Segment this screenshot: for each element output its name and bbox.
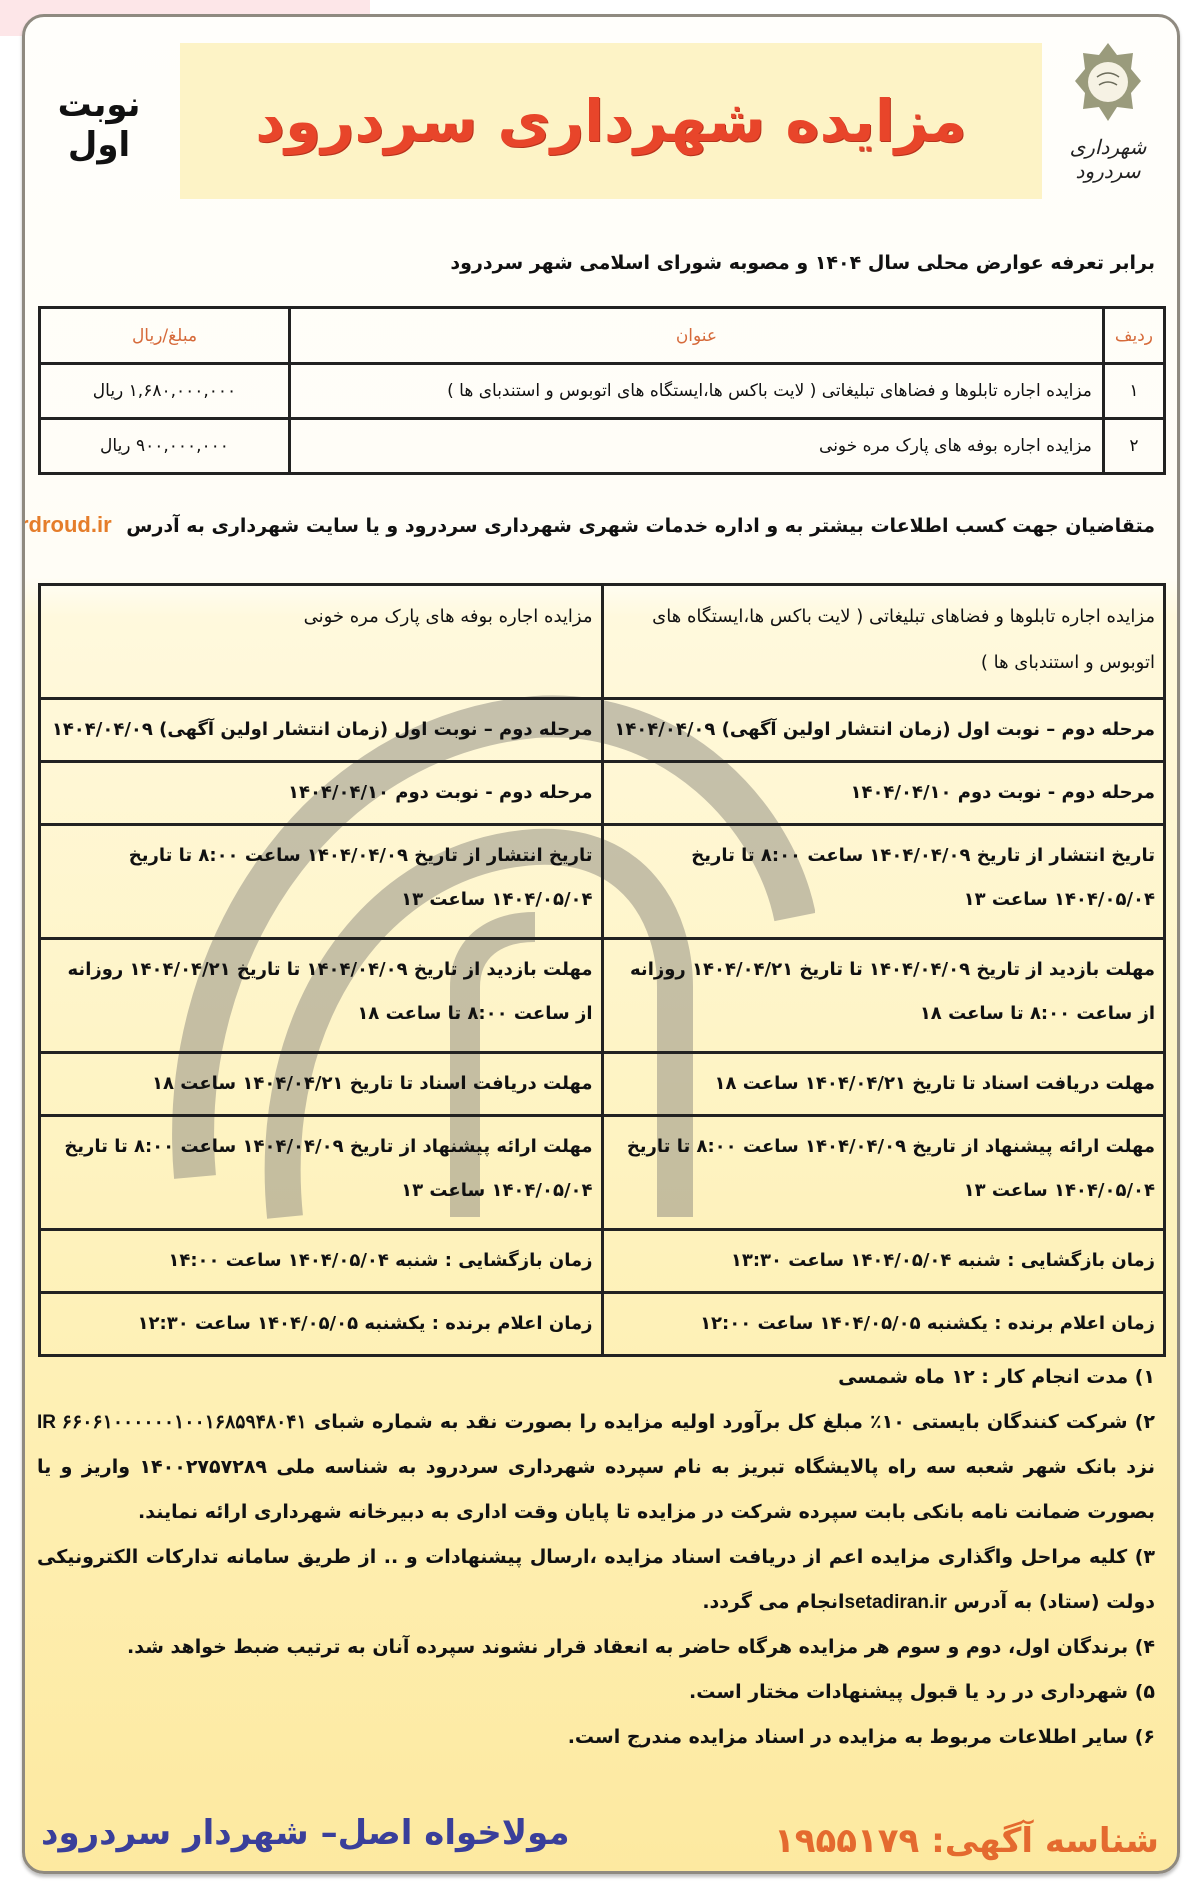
table-row: مهلت بازدید از تاریخ ۱۴۰۴/۰۴/۰۹ تا تاریخ… bbox=[40, 939, 1165, 1053]
detail-right-cell: مهلت ارائه پیشنهاد از تاریخ ۱۴۰۴/۰۴/۰۹ س… bbox=[602, 1116, 1165, 1230]
row-title: مزایده اجاره بوفه های پارک مره خونی bbox=[290, 419, 1104, 474]
note-3: ۳) کلیه مراحل واگذاری مزایده اعم از دریا… bbox=[37, 1535, 1155, 1625]
detail-right-cell: مهلت بازدید از تاریخ ۱۴۰۴/۰۴/۰۹ تا تاریخ… bbox=[602, 939, 1165, 1053]
round-label: نوبت اول bbox=[39, 85, 159, 165]
sheba-number: IR ۶۶۰۶۱۰۰۰۰۰۰۱۰۰۱۶۸۵۹۴۸۰۴۱ bbox=[37, 1412, 307, 1433]
logo-text: شهرداری سردرود bbox=[1049, 135, 1167, 183]
detail-right-cell: زمان اعلام برنده : یکشنبه ۱۴۰۴/۰۵/۰۵ ساع… bbox=[602, 1293, 1165, 1356]
summary-table: ردیف عنوان مبلغ/ریال ۱ مزایده اجاره تابل… bbox=[38, 306, 1166, 475]
row-amount: ۱,۶۸۰,۰۰۰,۰۰۰ ریال bbox=[40, 364, 290, 419]
table-row: زمان اعلام برنده : یکشنبه ۱۴۰۴/۰۵/۰۵ ساع… bbox=[40, 1293, 1165, 1356]
note-3-text-a: ۳) کلیه مراحل واگذاری مزایده اعم از دریا… bbox=[37, 1546, 1155, 1613]
detail-right-cell: مرحله دوم – نوبت اول (زمان انتشار اولین … bbox=[602, 699, 1165, 762]
detail-right-cell: زمان بازگشایی : شنبه ۱۴۰۴/۰۵/۰۴ ساعت ۱۳:… bbox=[602, 1230, 1165, 1293]
detail-left-cell: مرحله دوم – نوبت اول (زمان انتشار اولین … bbox=[40, 699, 603, 762]
signature: مولاخواه اصل– شهردار سردرود bbox=[41, 1813, 570, 1853]
note-2: ۲) شرکت کنندگان بایستی ۱۰٪ مبلغ کل برآور… bbox=[37, 1400, 1155, 1535]
table-row: ۱ مزایده اجاره تابلوها و فضاهای تبلیغاتی… bbox=[40, 364, 1165, 419]
detail-left-cell: مرحله دوم - نوبت دوم ۱۴۰۴/۰۴/۱۰ bbox=[40, 762, 603, 825]
notes-list: ۱) مدت انجام کار : ۱۲ ماه شمسی ۲) شرکت ک… bbox=[37, 1355, 1155, 1760]
row-index: ۱ bbox=[1103, 364, 1164, 419]
detail-left-cell: مهلت دریافت اسناد تا تاریخ ۱۴۰۴/۰۴/۲۱ سا… bbox=[40, 1053, 603, 1116]
table-row: مرحله دوم - نوبت دوم ۱۴۰۴/۰۴/۱۰ مرحله دو… bbox=[40, 762, 1165, 825]
row-title: مزایده اجاره تابلوها و فضاهای تبلیغاتی (… bbox=[290, 364, 1104, 419]
detail-right-cell: مهلت دریافت اسناد تا تاریخ ۱۴۰۴/۰۴/۲۱ سا… bbox=[602, 1053, 1165, 1116]
note-2-text-a: ۲) شرکت کنندگان بایستی ۱۰٪ مبلغ کل برآور… bbox=[314, 1411, 1155, 1433]
subtitle: برابر تعرفه عوارض محلی سال ۱۴۰۴ و مصوبه … bbox=[450, 252, 1155, 274]
notice-card: نوبت اول مزایده شهرداری سردرود شهرداری س… bbox=[22, 14, 1180, 1874]
note-5: ۵) شهرداری در رد یا قبول پیشنهادات مختار… bbox=[37, 1670, 1155, 1715]
table-row: مهلت ارائه پیشنهاد از تاریخ ۱۴۰۴/۰۴/۰۹ س… bbox=[40, 1116, 1165, 1230]
summary-header-row: ردیف عنوان مبلغ/ریال bbox=[40, 308, 1165, 364]
municipality-logo: شهرداری سردرود bbox=[1049, 39, 1167, 189]
header-amount: مبلغ/ریال bbox=[40, 308, 290, 364]
note-6: ۶) سایر اطلاعات مربوط به مزایده در اسناد… bbox=[37, 1715, 1155, 1760]
title-banner: مزایده شهرداری سردرود bbox=[180, 43, 1042, 199]
row-amount: ۹۰۰,۰۰۰,۰۰۰ ریال bbox=[40, 419, 290, 474]
header: نوبت اول مزایده شهرداری سردرود شهرداری س… bbox=[25, 29, 1177, 199]
detail-right-title: مزایده اجاره تابلوها و فضاهای تبلیغاتی (… bbox=[602, 585, 1165, 699]
ad-id: شناسه آگهی: ۱۹۵۵۱۷۹ bbox=[774, 1821, 1159, 1861]
detail-right-cell: مرحله دوم - نوبت دوم ۱۴۰۴/۰۴/۱۰ bbox=[602, 762, 1165, 825]
detail-left-title: مزایده اجاره بوفه های پارک مره خونی bbox=[40, 585, 603, 699]
detail-left-cell: زمان اعلام برنده : یکشنبه ۱۴۰۴/۰۵/۰۵ ساع… bbox=[40, 1293, 603, 1356]
page-title: مزایده شهرداری سردرود bbox=[255, 87, 966, 155]
table-row: مهلت دریافت اسناد تا تاریخ ۱۴۰۴/۰۴/۲۱ سا… bbox=[40, 1053, 1165, 1116]
header-title: عنوان bbox=[290, 308, 1104, 364]
info-line: متقاضیان جهت کسب اطلاعات بیشتر به و ادار… bbox=[22, 512, 1155, 538]
note-4: ۴) برندگان اول، دوم و سوم هر مزایده هرگا… bbox=[37, 1625, 1155, 1670]
setad-link[interactable]: setadiran.ir bbox=[845, 1592, 947, 1613]
table-row: مرحله دوم – نوبت اول (زمان انتشار اولین … bbox=[40, 699, 1165, 762]
info-text-before: متقاضیان جهت کسب اطلاعات بیشتر به و ادار… bbox=[126, 515, 1155, 537]
detail-left-cell: مهلت بازدید از تاریخ ۱۴۰۴/۰۴/۰۹ تا تاریخ… bbox=[40, 939, 603, 1053]
note-2-text-b: نزد بانک شهر شعبه سه راه پالایشگاه تبریز… bbox=[37, 1456, 1155, 1523]
detail-right-cell: تاریخ انتشار از تاریخ ۱۴۰۴/۰۴/۰۹ ساعت ۸:… bbox=[602, 825, 1165, 939]
note-1: ۱) مدت انجام کار : ۱۲ ماه شمسی bbox=[37, 1355, 1155, 1400]
website-link[interactable]: WWW.Sardroud.ir bbox=[22, 512, 112, 537]
emblem-icon bbox=[1073, 41, 1143, 131]
details-table: مزایده اجاره تابلوها و فضاهای تبلیغاتی (… bbox=[38, 583, 1166, 1357]
row-index: ۲ bbox=[1103, 419, 1164, 474]
table-row: تاریخ انتشار از تاریخ ۱۴۰۴/۰۴/۰۹ ساعت ۸:… bbox=[40, 825, 1165, 939]
table-row: ۲ مزایده اجاره بوفه های پارک مره خونی ۹۰… bbox=[40, 419, 1165, 474]
detail-left-cell: تاریخ انتشار از تاریخ ۱۴۰۴/۰۴/۰۹ ساعت ۸:… bbox=[40, 825, 603, 939]
table-row: مزایده اجاره تابلوها و فضاهای تبلیغاتی (… bbox=[40, 585, 1165, 699]
detail-left-cell: مهلت ارائه پیشنهاد از تاریخ ۱۴۰۴/۰۴/۰۹ س… bbox=[40, 1116, 603, 1230]
detail-left-cell: زمان بازگشایی : شنبه ۱۴۰۴/۰۵/۰۴ ساعت ۱۴:… bbox=[40, 1230, 603, 1293]
note-3-text-b: انجام می گردد. bbox=[702, 1591, 844, 1613]
table-row: زمان بازگشایی : شنبه ۱۴۰۴/۰۵/۰۴ ساعت ۱۳:… bbox=[40, 1230, 1165, 1293]
header-index: ردیف bbox=[1103, 308, 1164, 364]
